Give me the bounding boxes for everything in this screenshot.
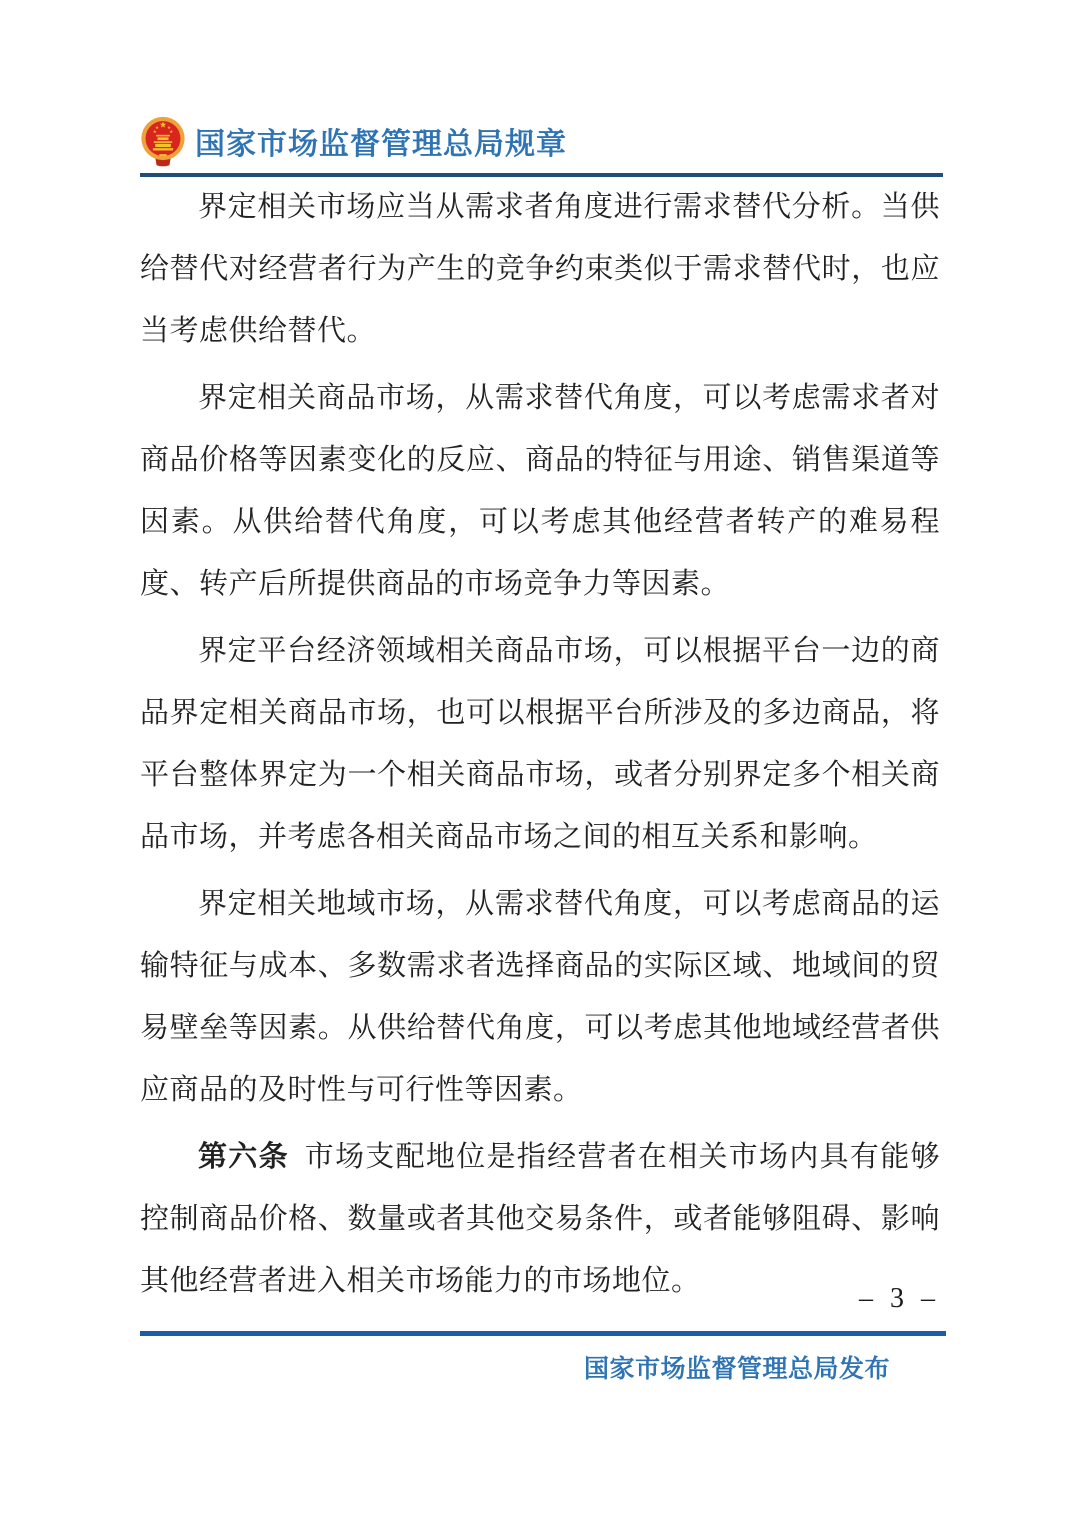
national-emblem-icon <box>140 115 186 168</box>
paragraph-geographic-market: 界定相关地域市场，从需求替代角度，可以考虑商品的运输特征与成本、多数需求者选择商… <box>140 873 940 1121</box>
paragraph-product-market: 界定相关商品市场，从需求替代角度，可以考虑需求者对商品价格等因素变化的反应、商品… <box>140 367 940 615</box>
document-body: 界定相关市场应当从需求者角度进行需求替代分析。当供给替代对经营者行为产生的竞争约… <box>140 176 940 1317</box>
footer-publisher: 国家市场监督管理总局发布 <box>584 1349 890 1385</box>
document-page: 国家市场监督管理总局规章 界定相关市场应当从需求者角度进行需求替代分析。当供给替… <box>0 0 1074 1520</box>
paragraph-market-definition: 界定相关市场应当从需求者角度进行需求替代分析。当供给替代对经营者行为产生的竞争约… <box>140 176 940 362</box>
page-number: – 3 – <box>859 1283 940 1315</box>
document-header: 国家市场监督管理总局规章 <box>140 112 943 170</box>
header-title: 国家市场监督管理总局规章 <box>195 119 567 163</box>
footer-rule <box>140 1331 946 1336</box>
article-number-lead: 第六条 <box>198 1141 289 1173</box>
paragraph-article-6: 第六条市场支配地位是指经营者在相关市场内具有能够控制商品价格、数量或者其他交易条… <box>140 1126 940 1312</box>
paragraph-platform-market: 界定平台经济领域相关商品市场，可以根据平台一边的商品界定相关商品市场，也可以根据… <box>140 620 940 868</box>
